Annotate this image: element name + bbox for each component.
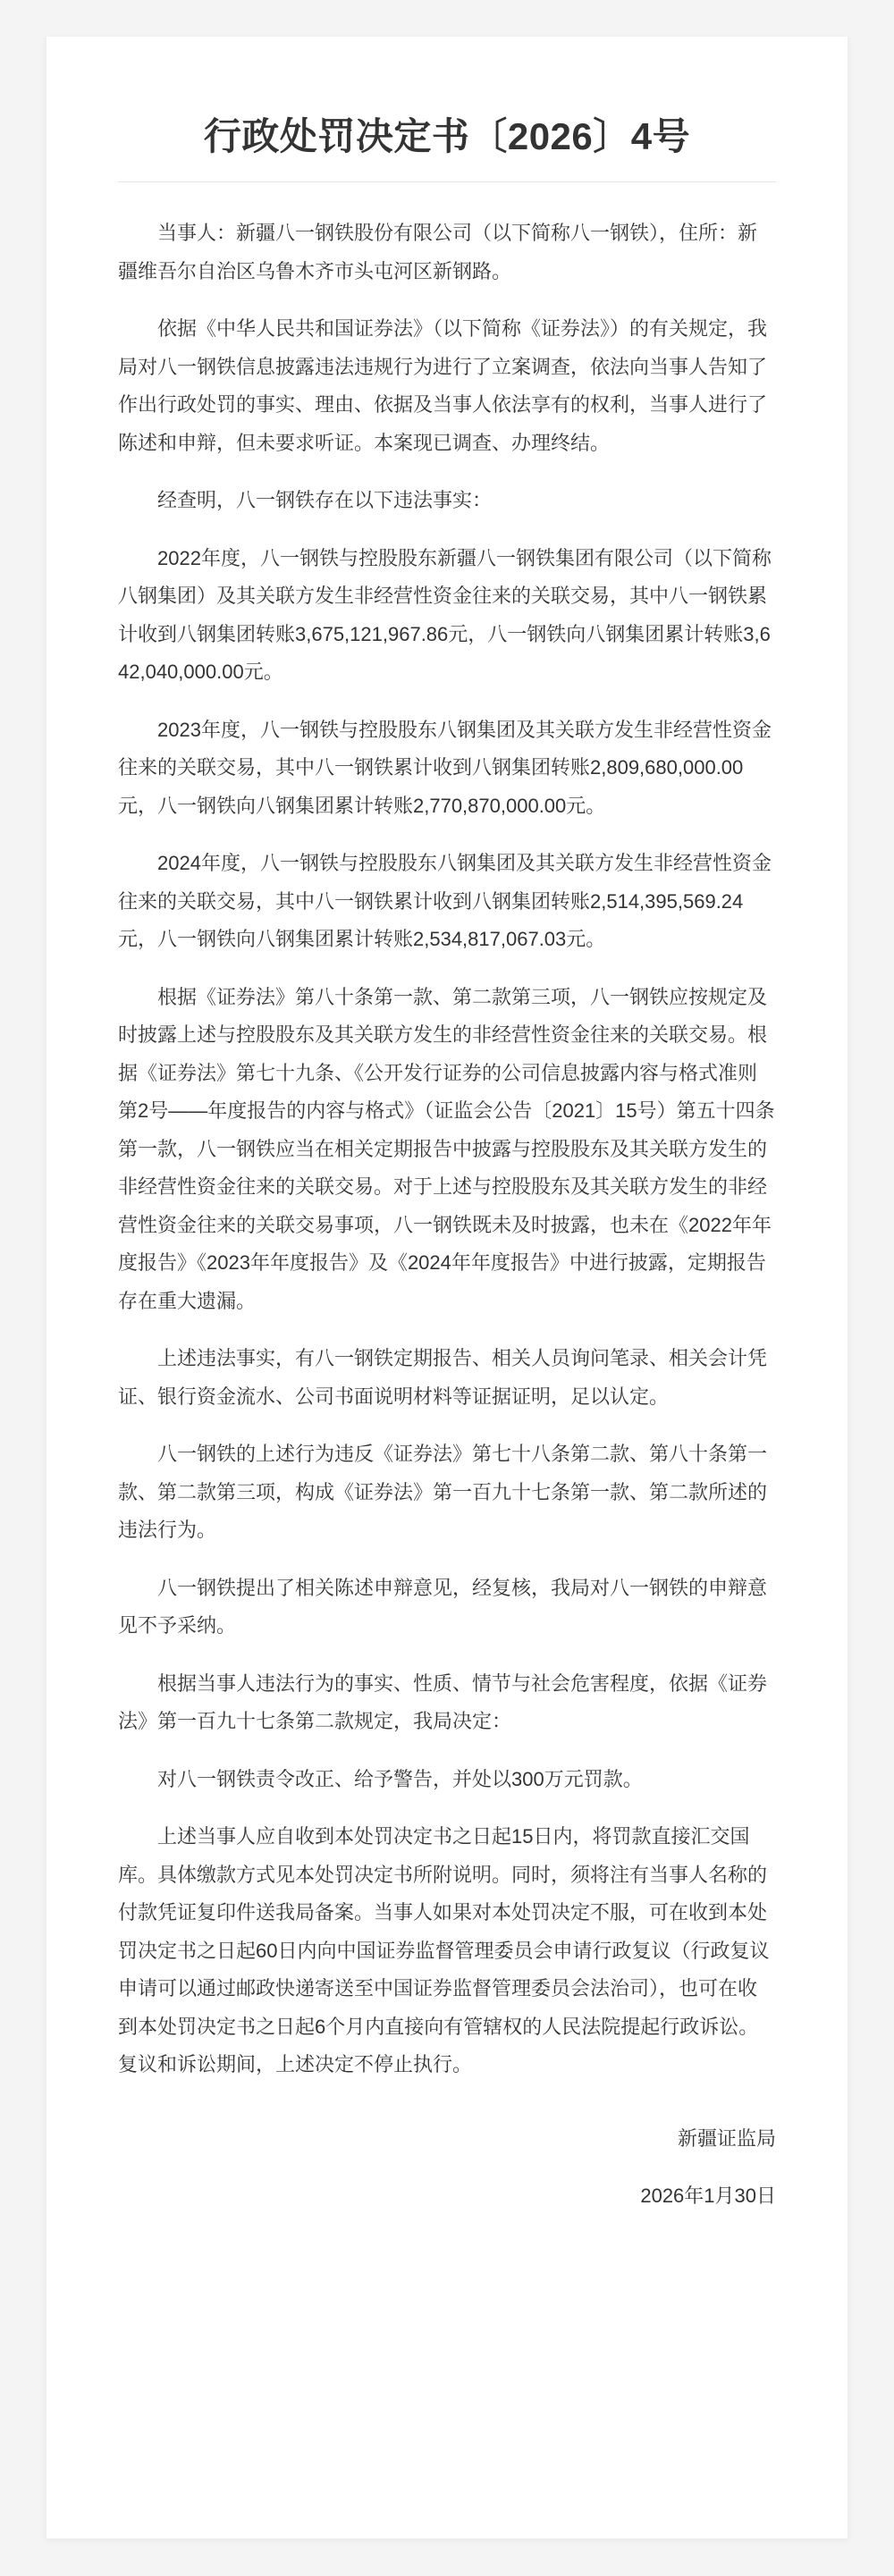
paragraph-fact-2022: 2022年度，八一钢铁与控股股东新疆八一钢铁集团有限公司（以下简称八钢集团）及其… <box>118 540 776 692</box>
paragraph-findings-intro: 经查明，八一钢铁存在以下违法事实： <box>118 482 776 520</box>
paragraph-payment-appeal: 上述当事人应自收到本处罚决定书之日起15日内，将罚款直接汇交国库。具体缴款方式见… <box>118 1818 776 2084</box>
paragraph-evidence: 上述违法事实，有八一钢铁定期报告、相关人员询问笔录、相关会计凭证、银行资金流水、… <box>118 1340 776 1416</box>
document-title: 行政处罚决定书〔2026〕4号 <box>118 103 776 171</box>
paragraph-party: 当事人：新疆八一钢铁股份有限公司（以下简称八一钢铁），住所：新疆维吾尔自治区乌鲁… <box>118 215 776 290</box>
page-background: 行政处罚决定书〔2026〕4号 当事人：新疆八一钢铁股份有限公司（以下简称八一钢… <box>0 0 894 2576</box>
paragraph-violation: 八一钢铁的上述行为违反《证券法》第七十八条第二款、第八十条第一款、第二款第三项，… <box>118 1435 776 1550</box>
issuer-name: 新疆证监局 <box>118 2120 776 2158</box>
paragraph-decision-basis: 根据当事人违法行为的事实、性质、情节与社会危害程度，依据《证券法》第一百九十七条… <box>118 1665 776 1741</box>
paragraph-fact-2024: 2024年度，八一钢铁与控股股东八钢集团及其关联方发生非经营性资金往来的关联交易… <box>118 845 776 959</box>
issue-date: 2026年1月30日 <box>118 2177 776 2215</box>
document-body: 当事人：新疆八一钢铁股份有限公司（以下简称八一钢铁），住所：新疆维吾尔自治区乌鲁… <box>118 215 776 2084</box>
paragraph-legal-basis: 根据《证券法》第八十条第一款、第二款第三项，八一钢铁应按规定及时披露上述与控股股… <box>118 979 776 1321</box>
paragraph-defense: 八一钢铁提出了相关陈述申辩意见，经复核，我局对八一钢铁的申辩意见不予采纳。 <box>118 1570 776 1646</box>
paragraph-procedure: 依据《中华人民共和国证券法》（以下简称《证券法》）的有关规定，我局对八一钢铁信息… <box>118 310 776 462</box>
paragraph-fact-2023: 2023年度，八一钢铁与控股股东八钢集团及其关联方发生非经营性资金往来的关联交易… <box>118 711 776 826</box>
paragraph-penalty: 对八一钢铁责令改正、给予警告，并处以300万元罚款。 <box>118 1761 776 1799</box>
title-divider <box>118 181 776 182</box>
signature-block: 新疆证监局 2026年1月30日 <box>118 2120 776 2215</box>
document-card: 行政处罚决定书〔2026〕4号 当事人：新疆八一钢铁股份有限公司（以下简称八一钢… <box>46 37 848 2538</box>
